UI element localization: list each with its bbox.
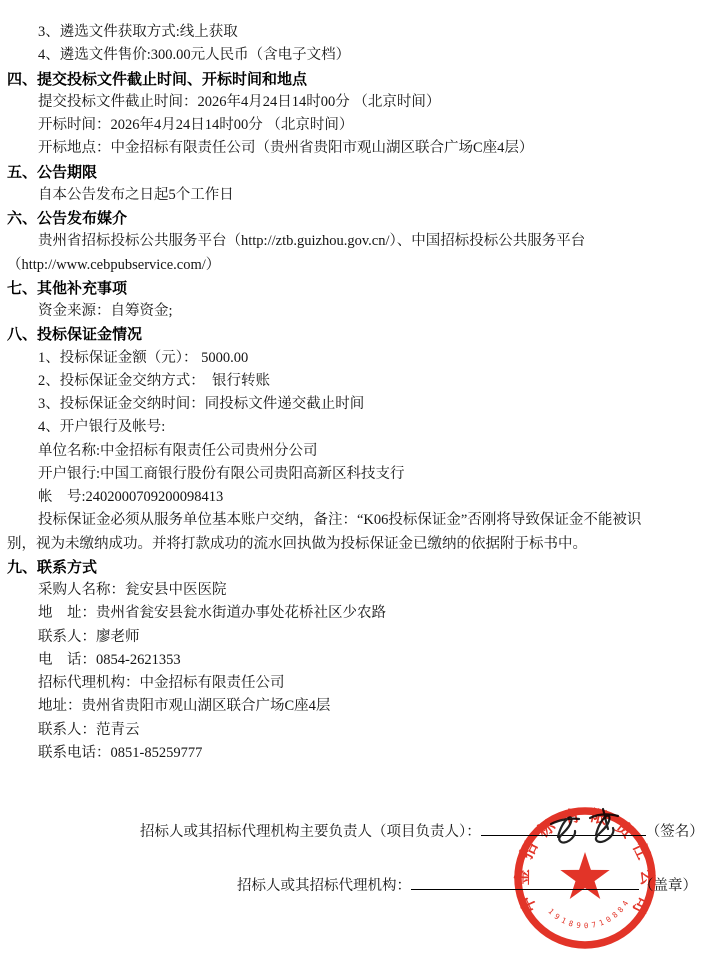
text-line: 资金来源：自筹资金; (7, 300, 714, 323)
text-line: 联系人：范青云 (7, 719, 714, 742)
text-line: 联系人：廖老师 (7, 626, 714, 649)
company-seal-stamp: 中金招标有限责任公司 191890710884 (510, 803, 660, 953)
text-line: 3、遴选文件获取方式:线上获取 (7, 21, 714, 44)
text-line: 帐 号:2402000709200098413 (7, 486, 714, 509)
text-line: 开标时间：2026年4月24日14时00分 （北京时间） (7, 114, 714, 137)
text-line: 采购人名称：瓮安县中医医院 (7, 579, 714, 602)
text-line: 自本公告发布之日起5个工作日 (7, 184, 714, 207)
text-line: 八、投标保证金情况 (7, 323, 714, 346)
text-line: 提交投标文件截止时间：2026年4月24日14时00分 （北京时间） (7, 91, 714, 114)
text-line: 招标代理机构：中金招标有限责任公司 (7, 672, 714, 695)
text-line: （http://www.cebpubservice.com/） (7, 254, 714, 277)
text-line: 九、联系方式 (7, 556, 714, 579)
text-line: 地址：贵州省贵阳市观山湖区联合广场C座4层 (7, 695, 714, 718)
text-line: 电 话：0854-2621353 (7, 649, 714, 672)
text-line: 联系电话：0851-85259777 (7, 742, 714, 765)
text-line: 贵州省招标投标公共服务平台（http://ztb.guizhou.gov.cn/… (7, 230, 714, 253)
text-line: 3、投标保证金交纳时间：同投标文件递交截止时间 (7, 393, 714, 416)
document-page: 3、遴选文件获取方式:线上获取4、遴选文件售价:300.00元人民币（含电子文档… (0, 0, 716, 973)
text-line: 地 址：贵州省瓮安县瓮水街道办事处花桥社区少农路 (7, 602, 714, 625)
text-line: 2、投标保证金交纳方式： 银行转账 (7, 370, 714, 393)
text-line: 别，视为未缴纳成功。并将打款成功的流水回执做为投标保证金已缴纳的依据附于标书中。 (7, 533, 714, 556)
text-line: 单位名称:中金招标有限责任公司贵州分公司 (7, 440, 714, 463)
text-line: 七、其他补充事项 (7, 277, 714, 300)
text-line: 4、开户银行及帐号: (7, 416, 714, 439)
text-line: 四、提交投标文件截止时间、开标时间和地点 (7, 68, 714, 91)
document-body: 3、遴选文件获取方式:线上获取4、遴选文件售价:300.00元人民币（含电子文档… (7, 21, 714, 765)
text-line: 4、遴选文件售价:300.00元人民币（含电子文档） (7, 44, 714, 67)
text-line: 投标保证金必须从服务单位基本账户交纳，备注：“K06投标保证金”否刚将导致保证金… (7, 509, 714, 532)
star-icon (560, 852, 609, 899)
seal-code: 191890710884 (546, 898, 631, 930)
signature-label: 招标人或其招标代理机构主要负责人（项目负责人）： (140, 824, 481, 840)
text-line: 开标地点：中金招标有限责任公司（贵州省贵阳市观山湖区联合广场C座4层） (7, 137, 714, 160)
signature-label: 招标人或其招标代理机构： (237, 878, 411, 894)
svg-text:191890710884: 191890710884 (546, 898, 631, 930)
text-line: 1、投标保证金额（元）： 5000.00 (7, 347, 714, 370)
text-line: 五、公告期限 (7, 161, 714, 184)
text-line: 开户银行:中国工商银行股份有限公司贵阳高新区科技支行 (7, 463, 714, 486)
text-line: 六、公告发布媒介 (7, 207, 714, 230)
